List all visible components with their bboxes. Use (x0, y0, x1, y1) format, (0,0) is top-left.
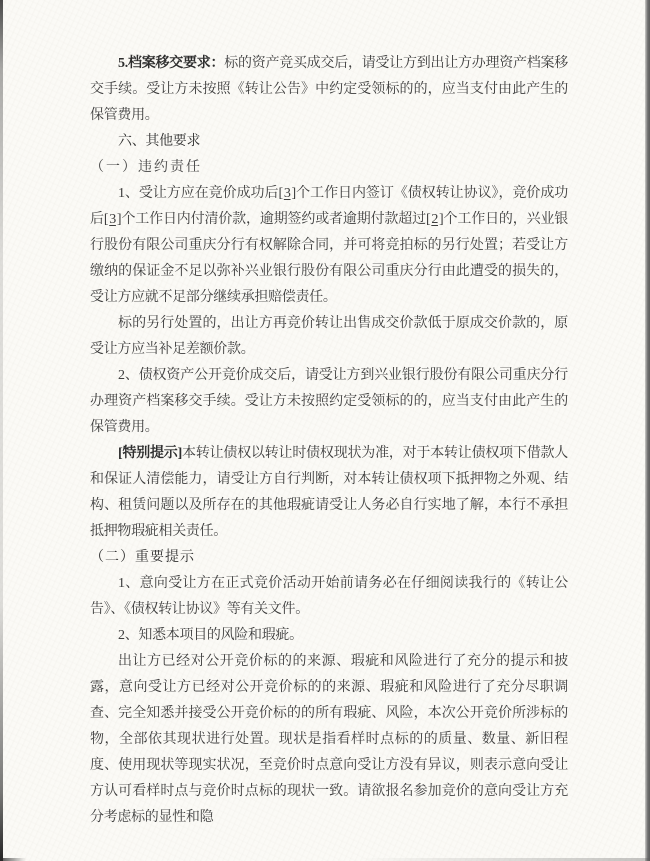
bracketed-underlined-number: [2] (426, 212, 443, 227)
bold-text-run: 5.档案移交要求： (118, 56, 224, 71)
text-run: 出让方已经对公开竞价标的的来源、瑕疵和风险进行了充分的提示和披露，意向受让方已经… (90, 654, 568, 825)
bracketed-underlined-number: [3] (104, 212, 121, 227)
text-run: 标的另行处置的，出让方再竞价转让出售成交价款低于原成交价款的，原受让方应当补足差… (90, 316, 568, 357)
text-run: 1、意向受让方在正式竞价活动开始前请务必在仔细阅读我行的《转让公告》、《债权转让… (90, 576, 568, 617)
text-run: 2、债权资产公开竞价成交后，请受让方到兴业银行股份有限公司重庆分行办理资产档案移… (90, 368, 568, 435)
para-special-notice: [特别提示]本转让债权以转让时债权现状为准，对于本转让债权项下借款人和保证人清偿… (90, 441, 568, 545)
para-archive-transfer-requirement: 5.档案移交要求：标的资产竞买成交后，请受让方到出让方办理资产档案移交手续。受让… (90, 51, 568, 129)
document-body: 5.档案移交要求：标的资产竞买成交后，请受让方到出让方办理资产档案移交手续。受让… (90, 51, 568, 831)
para-breach-terms: 1、受让方应在竞价成功后[3]个工作日内签订《债权转让协议》，竞价成功后[3]个… (90, 181, 568, 311)
heading-six-other-requirements: 六、其他要求 (90, 129, 568, 155)
para-archive-transfer-after-deal: 2、债权资产公开竞价成交后，请受让方到兴业银行股份有限公司重庆分行办理资产档案移… (90, 363, 568, 441)
bracketed-underlined-number: [3] (278, 186, 295, 201)
scan-edge-right (645, 0, 650, 861)
para-notice-read-documents: 1、意向受让方在正式竞价活动开始前请务必在仔细阅读我行的《转让公告》、《债权转让… (90, 571, 568, 623)
para-breach-redisposal: 标的另行处置的，出让方再竞价转让出售成交价款低于原成交价款的，原受让方应当补足差… (90, 311, 568, 363)
subheading-one-breach-liability: （一）违约责任 (90, 155, 568, 181)
text-run: 个工作日内付清价款，逾期签约或者逾期付款超过 (121, 212, 426, 227)
text-run: 1、受让方应在竞价成功后 (118, 186, 278, 201)
para-notice-know-risks: 2、知悉本项目的风险和瑕疵。 (90, 623, 568, 649)
text-run: （二）重要提示 (90, 550, 195, 565)
scan-edge-left (0, 0, 3, 861)
para-risk-disclosure: 出让方已经对公开竞价标的的来源、瑕疵和风险进行了充分的提示和披露，意向受让方已经… (90, 649, 568, 831)
subheading-two-important-notice: （二）重要提示 (90, 545, 568, 571)
text-run: 2、知悉本项目的风险和瑕疵。 (118, 628, 303, 643)
text-run: 六、其他要求 (118, 134, 200, 149)
bold-text-run: [特别提示] (118, 446, 182, 461)
text-run: （一）违约责任 (90, 160, 202, 175)
